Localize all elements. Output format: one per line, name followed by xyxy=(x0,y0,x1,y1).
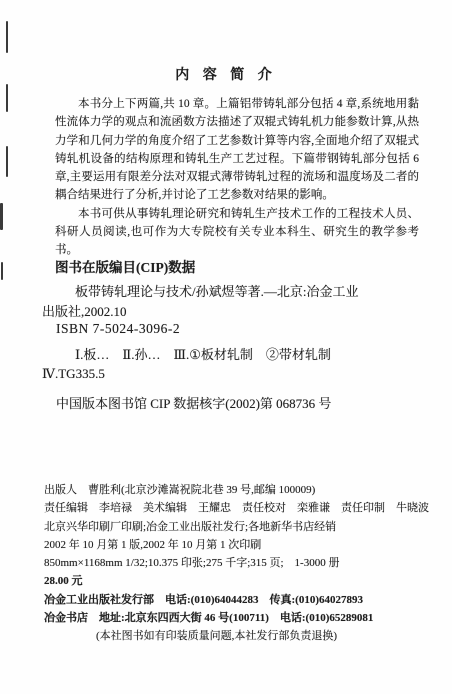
colophon-publisher-person: 出版人 曹胜利(北京沙滩嵩祝院北巷 39 号,邮编 100009) xyxy=(44,481,436,499)
colophon-section: 出版人 曹胜利(北京沙滩嵩祝院北巷 39 号,邮编 100009) 责任编辑 李… xyxy=(44,481,436,646)
colophon-edition: 2002 年 10 月第 1 版,2002 年 10 月第 1 次印刷 xyxy=(44,536,436,554)
scan-artifact-line xyxy=(6,84,8,112)
cip-classification-line: Ⅰ.板… Ⅱ.孙… Ⅲ.①板材轧制 ②带材轧制 xyxy=(75,344,331,363)
summary-paragraph-2: 本书可供从事铸轧理论研究和铸轧生产技术工作的工程技术人员、科研人员阅读,也可作为… xyxy=(55,205,419,260)
colophon-notice: (本社图书如有印装质量问题,本社发行部负责退换) xyxy=(44,627,436,645)
summary-section: 本书分上下两篇,共 10 章。上篇铝带铸轧部分包括 4 章,系统地用黏性流体力学… xyxy=(55,95,419,260)
summary-title: 内 容 简 介 xyxy=(0,64,452,84)
colophon-bookstore: 冶金书店 地址:北京东四西大街 46 号(100711) 电话:(010)652… xyxy=(44,609,436,627)
colophon-price: 28.00 元 xyxy=(44,572,436,590)
colophon-distribution: 冶金工业出版社发行部 电话:(010)64044283 传真:(010)6402… xyxy=(44,591,436,609)
cip-class-number: Ⅳ.TG335.5 xyxy=(42,366,105,382)
cip-title-line: 板带铸轧理论与技术/孙斌煜等著.—北京:冶金工业 xyxy=(75,281,358,300)
summary-paragraph-1: 本书分上下两篇,共 10 章。上篇铝带铸轧部分包括 4 章,系统地用黏性流体力学… xyxy=(55,95,419,205)
scan-artifact-line xyxy=(6,146,8,177)
scan-artifact-line xyxy=(1,262,3,280)
book-copyright-page: 内 容 简 介 本书分上下两篇,共 10 章。上篇铝带铸轧部分包括 4 章,系统… xyxy=(0,0,452,694)
cip-publisher-line: 出版社,2002.10 xyxy=(42,301,127,320)
colophon-printing: 北京兴华印刷厂印刷;冶金工业出版社发行;各地新华书店经销 xyxy=(44,518,436,536)
scan-artifact-line xyxy=(0,203,3,230)
colophon-format: 850mm×1168mm 1/32;10.375 印张;275 千字;315 页… xyxy=(44,554,436,572)
colophon-editors: 责任编辑 李培禄 美术编辑 王耀忠 责任校对 栾雅谦 责任印制 牛晓波 xyxy=(44,499,436,517)
cip-isbn: ISBN 7-5024-3096-2 xyxy=(56,321,180,337)
cip-record-line: 中国版本图书馆 CIP 数据核字(2002)第 068736 号 xyxy=(56,393,331,412)
scan-artifact-line xyxy=(6,21,8,53)
cip-heading: 图书在版编目(CIP)数据 xyxy=(55,256,195,276)
